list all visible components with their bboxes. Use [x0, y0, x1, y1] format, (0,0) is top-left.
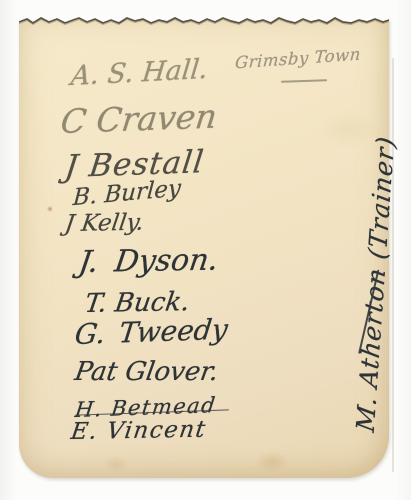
torn-edge	[19, 14, 389, 25]
signature-craven: C Craven	[59, 99, 219, 138]
signature-dyson: J. Dyson.	[77, 246, 220, 279]
signature-tweedy: G. Tweedy	[73, 316, 229, 349]
club-note: Grimsby Town	[234, 45, 361, 73]
paper-speck	[47, 206, 53, 212]
club-note-underline	[281, 79, 327, 82]
signature-vincent: E. Vincent	[69, 419, 208, 444]
album-page: Grimsby Town A. S. Hall. C Craven J Best…	[19, 17, 389, 478]
signature-kelly: J Kelly.	[63, 212, 145, 236]
signature-hall: A. S. Hall.	[70, 56, 210, 90]
paper-stain	[255, 451, 289, 473]
scanned-autograph-page: Grimsby Town A. S. Hall. C Craven J Best…	[0, 0, 411, 500]
signature-buck: T. Buck.	[83, 289, 191, 317]
signature-bestall: J Bestall	[63, 147, 206, 183]
paper-stain	[103, 455, 129, 473]
signature-glover: Pat Glover.	[73, 359, 220, 385]
